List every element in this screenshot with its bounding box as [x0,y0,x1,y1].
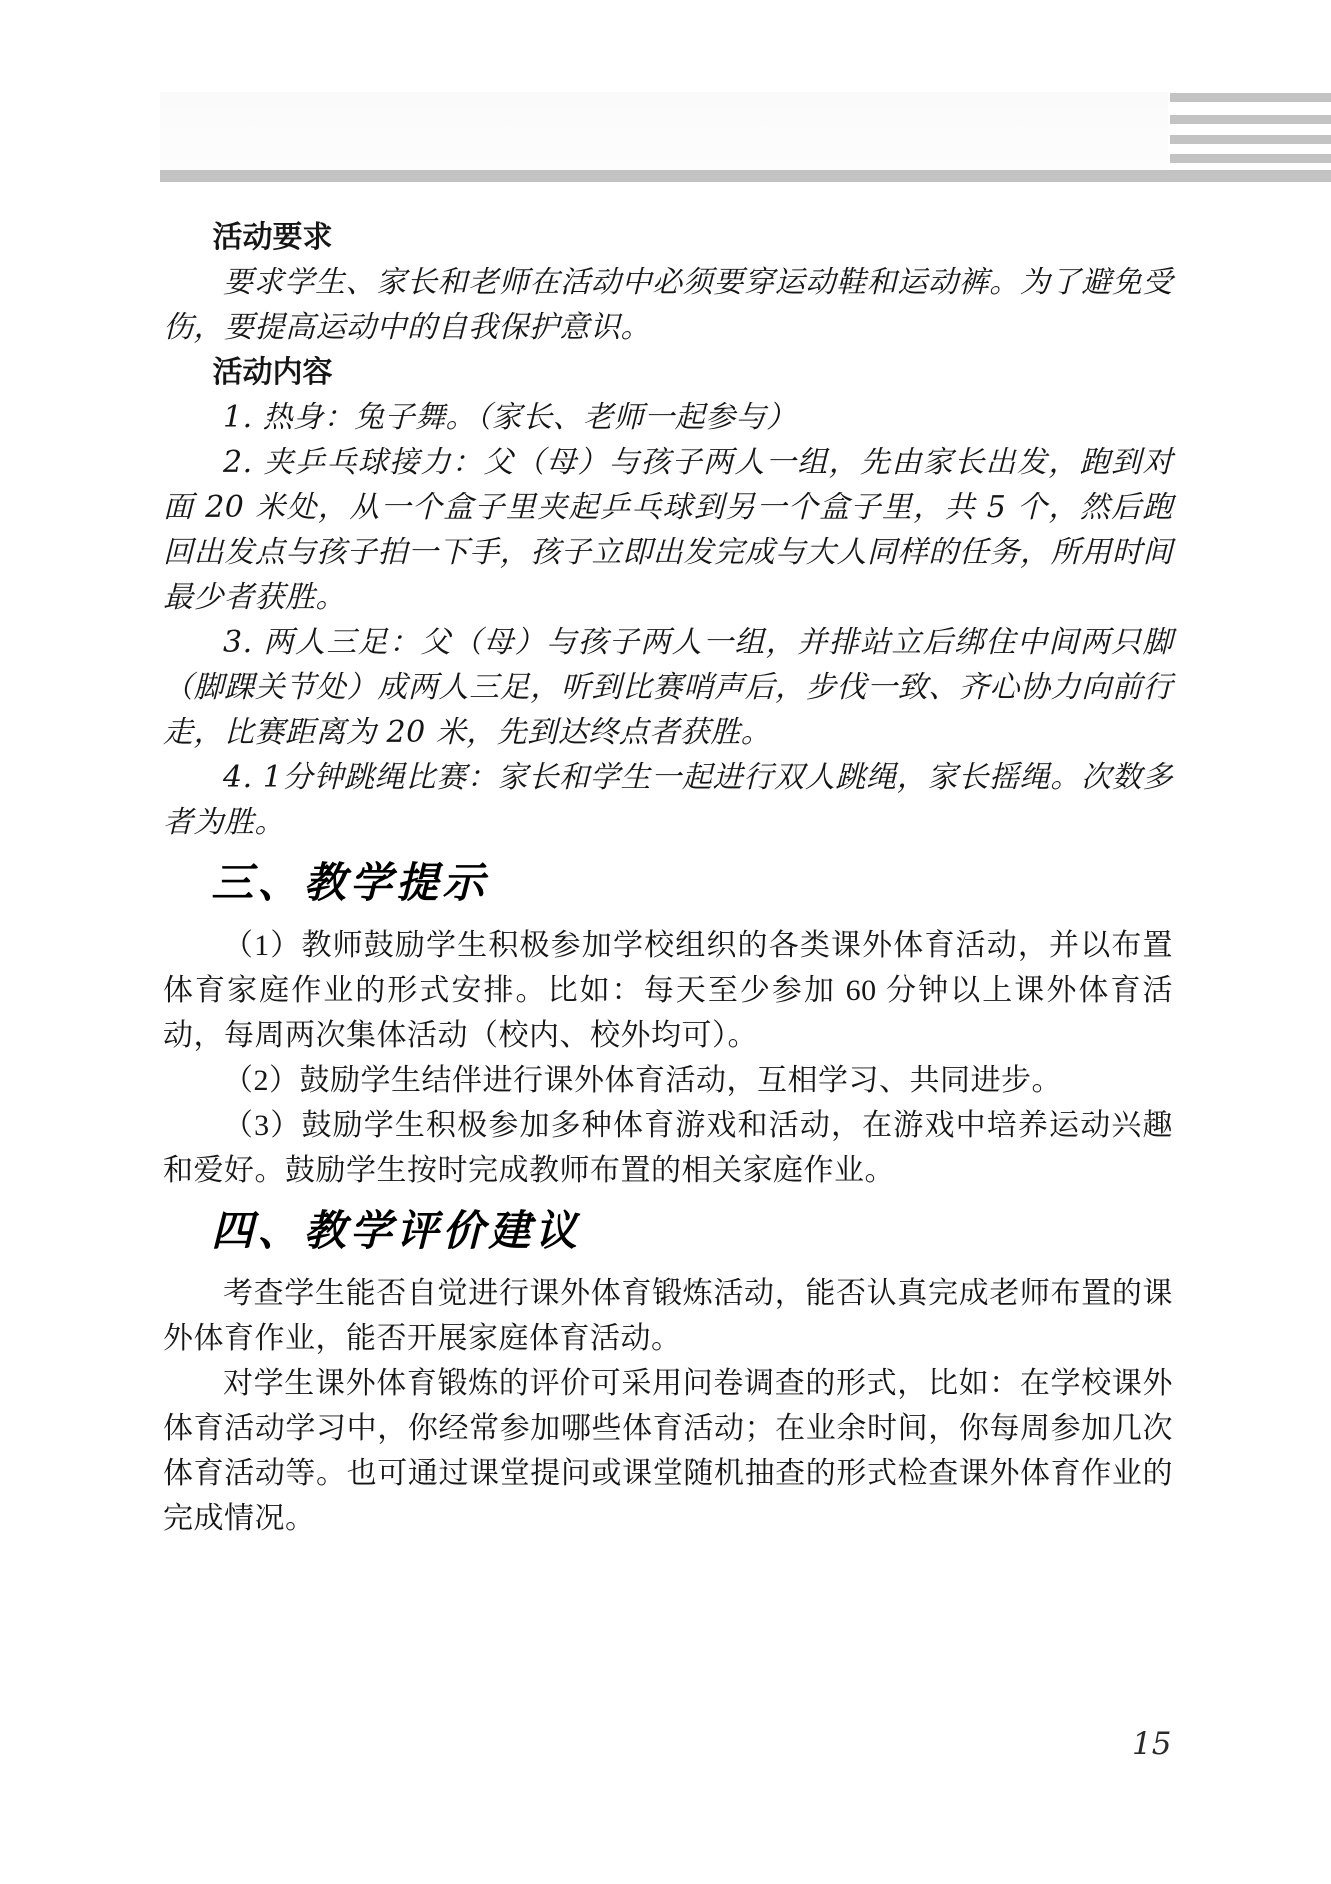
para-teaching-tip-3: （3）鼓励学生积极参加多种体育游戏和活动，在游戏中培养运动兴趣和爱好。鼓励学生按… [163,1103,1173,1193]
activity-list-item-1: 1. 热身：兔子舞。（家长、老师一起参与） [163,395,1173,440]
subhead-activity-content: 活动内容 [163,350,1173,395]
header-stripe-1 [1170,93,1331,102]
header-stripe-4 [1170,154,1331,163]
header-stripe-2 [1170,115,1331,124]
para-evaluation-1: 考查学生能否自觉进行课外体育锻炼活动，能否认真完成老师布置的课外体育作业，能否开… [163,1271,1173,1361]
page-content: 活动要求 要求学生、家长和老师在活动中必须要穿运动鞋和运动裤。为了避免受伤，要提… [163,215,1173,1541]
activity-list-item-4: 4. 1分钟跳绳比赛：家长和学生一起进行双人跳绳，家长摇绳。次数多者为胜。 [163,755,1173,845]
book-page: 活动要求 要求学生、家长和老师在活动中必须要穿运动鞋和运动裤。为了避免受伤，要提… [0,0,1331,1884]
header-stripe-3 [1170,135,1331,144]
header-stripes [1170,93,1331,163]
header-panel [160,92,1168,170]
para-teaching-tip-2: （2）鼓励学生结伴进行课外体育活动，互相学习、共同进步。 [163,1058,1173,1103]
section-title-teaching-tips: 三、教学提示 [163,853,1173,913]
page-number: 15 [1132,1726,1171,1762]
section-title-evaluation-suggestions: 四、教学评价建议 [163,1201,1173,1261]
para-activity-requirements: 要求学生、家长和老师在活动中必须要穿运动鞋和运动裤。为了避免受伤，要提高运动中的… [163,260,1173,350]
header-rule-bar [160,170,1331,182]
activity-list-item-3: 3. 两人三足：父（母）与孩子两人一组，并排站立后绑住中间两只脚（脚踝关节处）成… [163,620,1173,755]
subhead-activity-requirements: 活动要求 [163,215,1173,260]
activity-list-item-2: 2. 夹乒乓球接力：父（母）与孩子两人一组，先由家长出发，跑到对面 20 米处，… [163,440,1173,620]
para-evaluation-2: 对学生课外体育锻炼的评价可采用问卷调查的形式，比如：在学校课外体育活动学习中，你… [163,1361,1173,1541]
para-teaching-tip-1: （1）教师鼓励学生积极参加学校组织的各类课外体育活动，并以布置体育家庭作业的形式… [163,923,1173,1058]
